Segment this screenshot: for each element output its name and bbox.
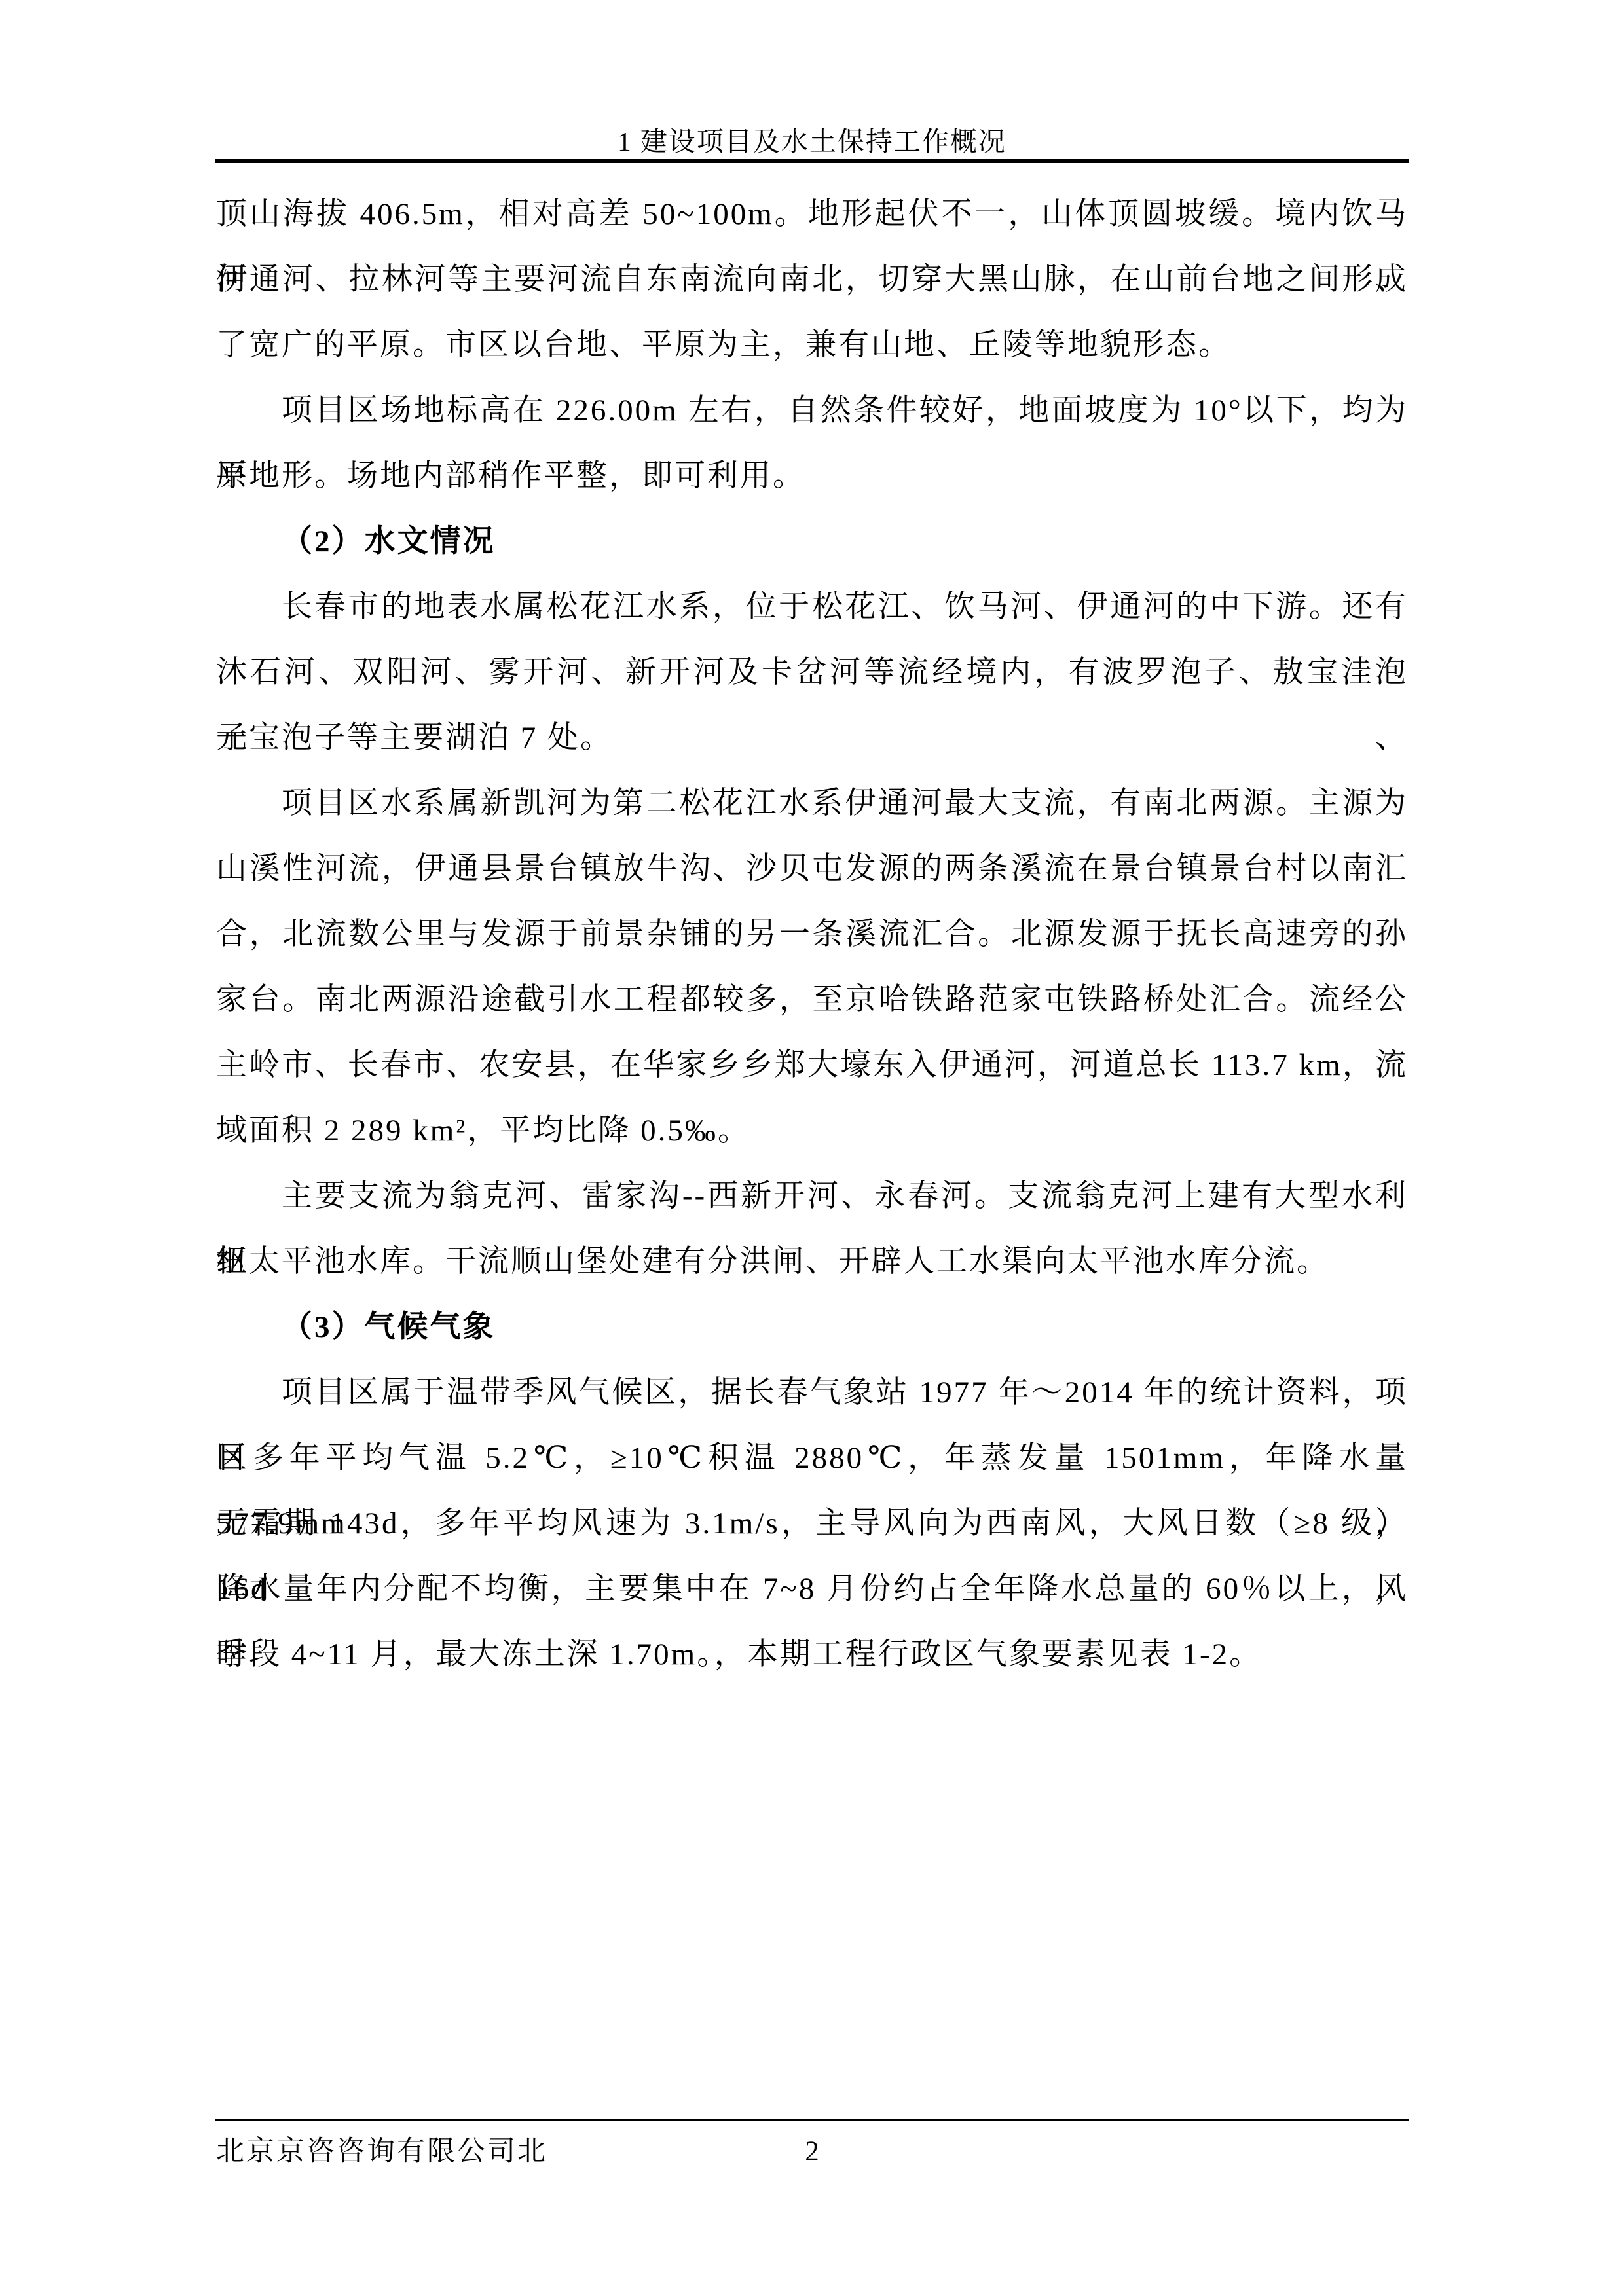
text-line: 顶山海拔 406.5m，相对高差 50~100m。地形起伏不一，山体顶圆坡缓。境… [216,181,1408,247]
document-page: 1 建设项目及水土保持工作概况 顶山海拔 406.5m，相对高差 50~100m… [0,0,1624,2296]
paragraph: 顶山海拔 406.5m，相对高差 50~100m。地形起伏不一，山体顶圆坡缓。境… [216,181,1408,378]
text-line: 项目区水系属新凯河为第二松花江水系伊通河最大支流，有南北两源。主源为 [216,771,1408,836]
text-line: （3）气候气象 [216,1294,1408,1360]
text-line: 域面积 2 289 km²，平均比降 0.5‰。 [216,1098,1408,1163]
text-line: 沐石河、双阳河、雾开河、新开河及卡岔河等流经境内，有波罗泡子、敖宝洼泡子、 [216,640,1408,705]
text-line: 降水量年内分配不均衡，主要集中在 7~8 月份约占全年降水总量的 60％以上，风… [216,1556,1408,1622]
section-heading: （3）气候气象 [216,1294,1408,1360]
footer-rule [215,2119,1409,2121]
paragraph: 项目区场地标高在 226.00m 左右，自然条件较好，地面坡度为 10°以下，均… [216,378,1408,509]
text-line: 纽太平池水库。干流顺山堡处建有分洪闸、开辟人工水渠向太平池水库分流。 [216,1229,1408,1294]
paragraph: 长春市的地表水属松花江水系，位于松花江、饮马河、伊通河的中下游。还有沐石河、双阳… [216,574,1408,771]
text-line: 山溪性河流，伊通县景台镇放牛沟、沙贝屯发源的两条溪流在景台镇景台村以南汇 [216,836,1408,902]
text-line: （2）水文情况 [216,509,1408,574]
text-line: 主岭市、长春市、农安县，在华家乡乡郑大壕东入伊通河，河道总长 113.7 km，… [216,1032,1408,1098]
text-line: 家台。南北两源沿途截引水工程都较多，至京哈铁路范家屯铁路桥处汇合。流经公 [216,967,1408,1032]
paragraph: 项目区水系属新凯河为第二松花江水系伊通河最大支流，有南北两源。主源为山溪性河流，… [216,771,1408,1163]
document-body: 顶山海拔 406.5m，相对高差 50~100m。地形起伏不一，山体顶圆坡缓。境… [216,181,1408,1687]
paragraph: 项目区属于温带季风气候区，据长春气象站 1977 年～2014 年的统计资料，项… [216,1360,1408,1687]
text-line: 项目区场地标高在 226.00m 左右，自然条件较好，地面坡度为 10°以下，均… [216,378,1408,443]
text-line: 主要支流为翁克河、雷家沟--西新开河、永春河。支流翁克河上建有大型水利枢 [216,1163,1408,1229]
paragraph: 主要支流为翁克河、雷家沟--西新开河、永春河。支流翁克河上建有大型水利枢纽太平池… [216,1163,1408,1294]
text-line: 长春市的地表水属松花江水系，位于松花江、饮马河、伊通河的中下游。还有 [216,574,1408,640]
text-line: 合，北流数公里与发源于前景杂铺的另一条溪流汇合。北源发源于抚长高速旁的孙 [216,902,1408,967]
text-line: 伊通河、拉林河等主要河流自东南流向南北，切穿大黑山脉，在山前台地之间形成 [216,247,1408,312]
header-rule [215,159,1409,163]
section-heading: （2）水文情况 [216,509,1408,574]
text-line: 了宽广的平原。市区以台地、平原为主，兼有山地、丘陵等地貌形态。 [216,312,1408,378]
text-line: 区多年平均气温 5.2℃，≥10℃积温 2880℃，年蒸发量 1501mm，年降… [216,1425,1408,1491]
text-line: 项目区属于温带季风气候区，据长春气象站 1977 年～2014 年的统计资料，项… [216,1360,1408,1425]
text-line: 无霜期 143d，多年平均风速为 3.1m/s，主导风向为西南风，大风日数（≥8… [216,1491,1408,1556]
text-line: 时段 4~11 月，最大冻土深 1.70m。，本期工程行政区气象要素见表 1-2… [216,1622,1408,1687]
footer-page-number: 2 [216,2132,1408,2172]
page-header-title: 1 建设项目及水土保持工作概况 [216,120,1408,159]
text-line: 原地形。场地内部稍作平整，即可利用。 [216,443,1408,509]
